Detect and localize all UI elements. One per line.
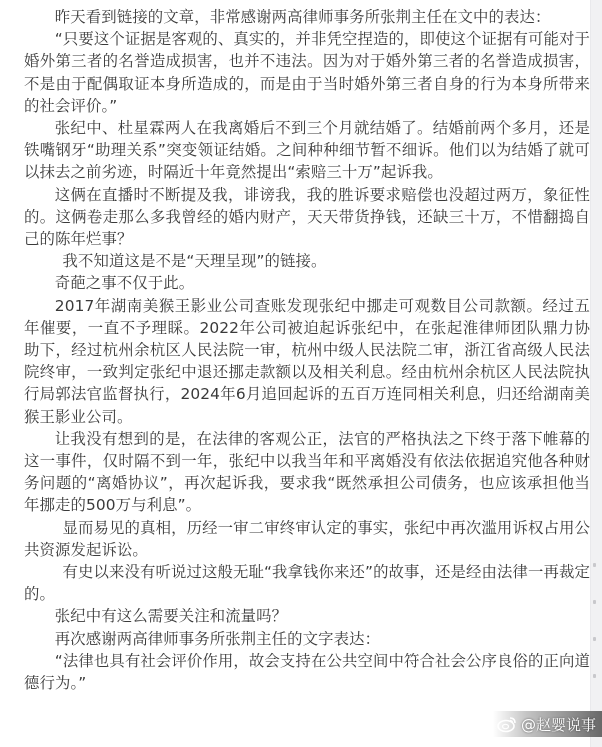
strip-dot xyxy=(593,563,596,567)
paragraph-company: 2017年湖南美猴王影业公司查账发现张纪中挪走可观数目公司款额。经过五年催要，一… xyxy=(24,295,590,428)
paragraph-marriage: 张纪中、杜星霖两人在我离婚后不到三个月就结婚了。结婚前两个多月，还是铁嘴钢牙“助… xyxy=(24,117,590,184)
paragraph-quote-lawyer: “只要这个证据是客观的、真实的，并非凭空捏造的，即使这个证据有可能对于婚外第三者… xyxy=(24,28,590,117)
paragraph-history: 有史以来没有听说过这般无耻“我拿钱你来还”的故事，还是经由法律一再裁定的。 xyxy=(24,561,590,605)
weibo-icon xyxy=(497,715,517,733)
watermark-handle: @赵婴说事 xyxy=(521,714,596,735)
strip-dot xyxy=(593,674,596,678)
paragraph-truth: 显而易见的真相，历经一审二审终审认定的事实，张纪中再次滥用诉权占用公共资源发起诉… xyxy=(24,517,590,561)
side-scroll-strip xyxy=(590,0,602,747)
paragraph-quote-law: “法律也具有社会评价作用，故会支持在公共空间中符合社会公序良俗的正向道德行为。” xyxy=(24,650,590,694)
paragraph-livestream: 这俩在直播时不断提及我，诽谤我，我的胜诉要求赔偿也没超过两万，象征性的。这俩卷走… xyxy=(24,184,590,251)
strip-dot xyxy=(593,600,596,604)
paragraph-thanks: 再次感谢两高律师事务所张荆主任的文字表达： xyxy=(24,628,590,650)
document-body: 昨天看到链接的文章，非常感谢两高律师事务所张荆主任在文中的表达： “只要这个证据… xyxy=(24,6,590,694)
paragraph-strange: 奇葩之事不仅于此。 xyxy=(24,272,590,294)
strip-dot xyxy=(593,637,596,641)
paragraph-link: 我不知道这是不是“天理呈现”的链接。 xyxy=(24,250,590,272)
weibo-watermark: @赵婴说事 xyxy=(493,711,602,737)
paragraph-question: 张纪中有这么需要关注和流量吗？ xyxy=(24,605,590,627)
paragraph-intro: 昨天看到链接的文章，非常感谢两高律师事务所张荆主任在文中的表达： xyxy=(24,6,590,28)
paragraph-unexpected: 让我没有想到的是，在法律的客观公正，法官的严格执法之下终于落下帷幕的这一事件，仅… xyxy=(24,428,590,517)
